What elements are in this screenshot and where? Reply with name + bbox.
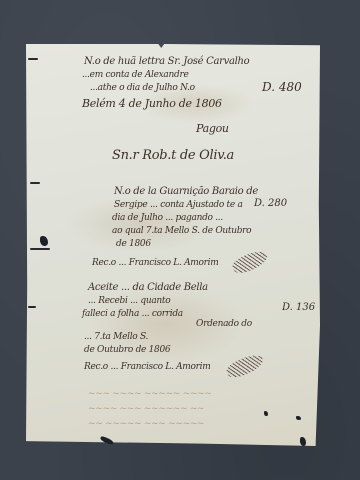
margin-mark (40, 236, 48, 246)
entry-2-line: Sergipe ... conta Ajustado te a (114, 200, 243, 210)
entry-2-line: dia de Julho ... pagando ... (112, 213, 223, 223)
entry-1-line: Belém 4 de Junho de 1806 (82, 97, 222, 110)
bleed-through-text: ~~~ ~~~~ ~~~~~ ~~~~ (88, 389, 212, 399)
entry-2-line: de 1806 (116, 239, 151, 249)
entry-3-line: Aceite ... da Cidade Bella (88, 282, 208, 293)
signature-flourish (224, 351, 265, 382)
entry-1-line: ...athe o dia de Julho N.o (90, 83, 195, 93)
entry-2-amount: D. 280 (254, 198, 287, 209)
entry-3-line: ... Recebi ... quanto (88, 296, 170, 306)
entry-2-signature: Rec.o ... Francisco L. Amorim (92, 258, 218, 268)
entry-3-line: falleci a folha ... corrida (82, 309, 183, 319)
paper-damage (300, 437, 306, 446)
entry-2-line: ao qual 7.ta Mello S. de Outubro (112, 226, 251, 236)
signature-flourish (230, 247, 269, 277)
bleed-through-text: ~~~~ ~~~ ~~~~~~ ~~ (88, 404, 204, 414)
margin-mark (30, 182, 40, 184)
margin-mark (28, 306, 36, 308)
paper-damage (264, 411, 268, 416)
margin-mark (30, 248, 50, 250)
entry-1-line: ...em conta de Alexandre (82, 70, 188, 80)
entry-1-closing: Pagou (196, 122, 229, 135)
margin-mark (28, 58, 38, 60)
entry-1-line: N.o de huã lettra Sr. José Carvalho (84, 56, 249, 67)
entry-3-line: de Outubro de 1806 (84, 345, 170, 355)
entry-3-line: Ordenado do (196, 319, 252, 329)
entry-3-signature: Rec.o ... Francisco L. Amorim (84, 362, 210, 372)
manuscript-page: N.o de huã lettra Sr. José Carvalho ...e… (26, 44, 320, 446)
entry-3-line: ... 7.ta Mello S. (84, 332, 148, 342)
bleed-through-text: ~~ ~~~~~ ~~~ ~~~~~ (88, 419, 204, 429)
entry-2-heading: Sn.r Rob.t de Oliv.a (112, 148, 234, 163)
entry-1-amount: D. 480 (262, 80, 302, 94)
paper-damage (296, 416, 301, 420)
entry-3-amount: D. 136 (282, 302, 315, 313)
entry-2-line: N.o de la Guarnição Baraio de (114, 186, 258, 197)
